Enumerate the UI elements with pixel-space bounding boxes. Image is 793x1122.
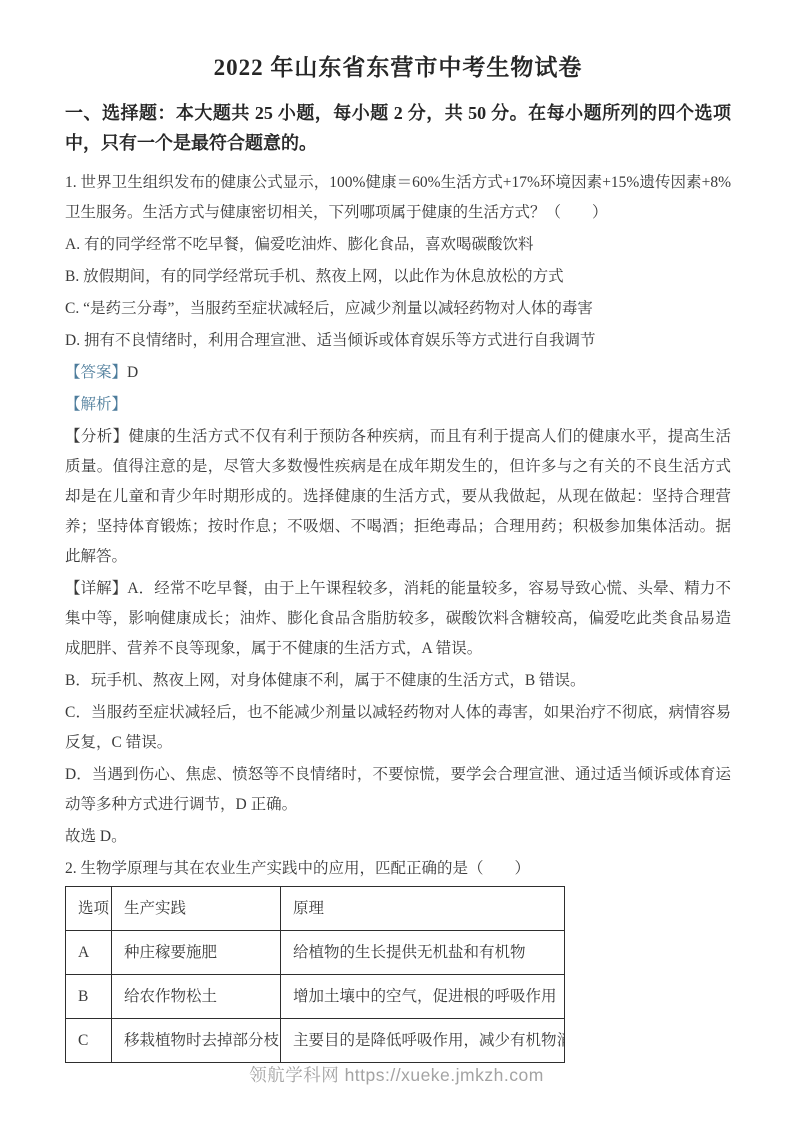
q2-stem: 2. 生物学原理与其在农业生产实践中的应用，匹配正确的是（ ） — [65, 854, 731, 884]
analysis-label: 【解析】 — [65, 396, 127, 413]
q1-stem: 1. 世界卫生组织发布的健康公式显示，100%健康＝60%生活方式+17%环境因… — [65, 168, 731, 228]
table-cell: 主要目的是降低呼吸作用，减少有机物消耗 — [281, 1019, 565, 1063]
table-header-cell: 选项 — [66, 887, 112, 931]
q1-option-c: C. “是药三分毒”，当服药至症状减轻后，应减少剂量以减轻药物对人体的毒害 — [65, 294, 731, 324]
q1-detail-c: C．当服药至症状减轻后，也不能减少剂量以减轻药物对人体的毒害，如果治疗不彻底，病… — [65, 698, 731, 758]
answer-label: 【答案】 — [65, 364, 127, 381]
table-row: B 给农作物松土 增加土壤中的空气，促进根的呼吸作用 — [66, 975, 565, 1019]
table-row: C 移栽植物时去掉部分枝叶 主要目的是降低呼吸作用，减少有机物消耗 — [66, 1019, 565, 1063]
table-cell: 给农作物松土 — [112, 975, 281, 1019]
table-cell: A — [66, 931, 112, 975]
q1-answer-line: 【答案】D — [65, 358, 731, 388]
q1-detail-a: 【详解】A．经常不吃早餐，由于上午课程较多，消耗的能量较多，容易导致心慌、头晕、… — [65, 574, 731, 664]
answer-value: D — [127, 364, 138, 381]
table-row: A 种庄稼要施肥 给植物的生长提供无机盐和有机物 — [66, 931, 565, 975]
table-cell: 增加土壤中的空气，促进根的呼吸作用 — [281, 975, 565, 1019]
q2-table: 选项 生产实践 原理 A 种庄稼要施肥 给植物的生长提供无机盐和有机物 B 给农… — [65, 886, 565, 1063]
section-heading: 一、选择题：本大题共 25 小题，每小题 2 分，共 50 分。在每小题所列的四… — [65, 98, 731, 158]
page-title: 2022 年山东省东营市中考生物试卷 — [65, 52, 731, 84]
q1-detail-d: D．当遇到伤心、焦虑、愤怒等不良情绪时，不要惊慌，要学会合理宣泄、通过适当倾诉或… — [65, 760, 731, 820]
q1-conclusion: 故选 D。 — [65, 822, 731, 852]
exam-document: 2022 年山东省东营市中考生物试卷 一、选择题：本大题共 25 小题，每小题 … — [0, 0, 793, 1063]
table-cell: 给植物的生长提供无机盐和有机物 — [281, 931, 565, 975]
q1-option-d: D. 拥有不良情绪时，利用合理宣泄、适当倾诉或体育娱乐等方式进行自我调节 — [65, 326, 731, 356]
q1-option-a: A. 有的同学经常不吃早餐，偏爱吃油炸、膨化食品，喜欢喝碳酸饮料 — [65, 230, 731, 260]
q1-analysis: 【分析】健康的生活方式不仅有利于预防各种疾病，而且有利于提高人们的健康水平，提高… — [65, 422, 731, 572]
table-cell: B — [66, 975, 112, 1019]
table-cell: 种庄稼要施肥 — [112, 931, 281, 975]
table-cell: 移栽植物时去掉部分枝叶 — [112, 1019, 281, 1063]
q1-detail-b: B．玩手机、熬夜上网，对身体健康不利，属于不健康的生活方式，B 错误。 — [65, 666, 731, 696]
table-header-cell: 生产实践 — [112, 887, 281, 931]
table-header-cell: 原理 — [281, 887, 565, 931]
watermark: 领航学科网 https://xueke.jmkzh.com — [0, 1062, 793, 1087]
table-header-row: 选项 生产实践 原理 — [66, 887, 565, 931]
table-cell: C — [66, 1019, 112, 1063]
q1-option-b: B. 放假期间，有的同学经常玩手机、熬夜上网，以此作为休息放松的方式 — [65, 262, 731, 292]
q1-analysis-label-line: 【解析】 — [65, 390, 731, 420]
